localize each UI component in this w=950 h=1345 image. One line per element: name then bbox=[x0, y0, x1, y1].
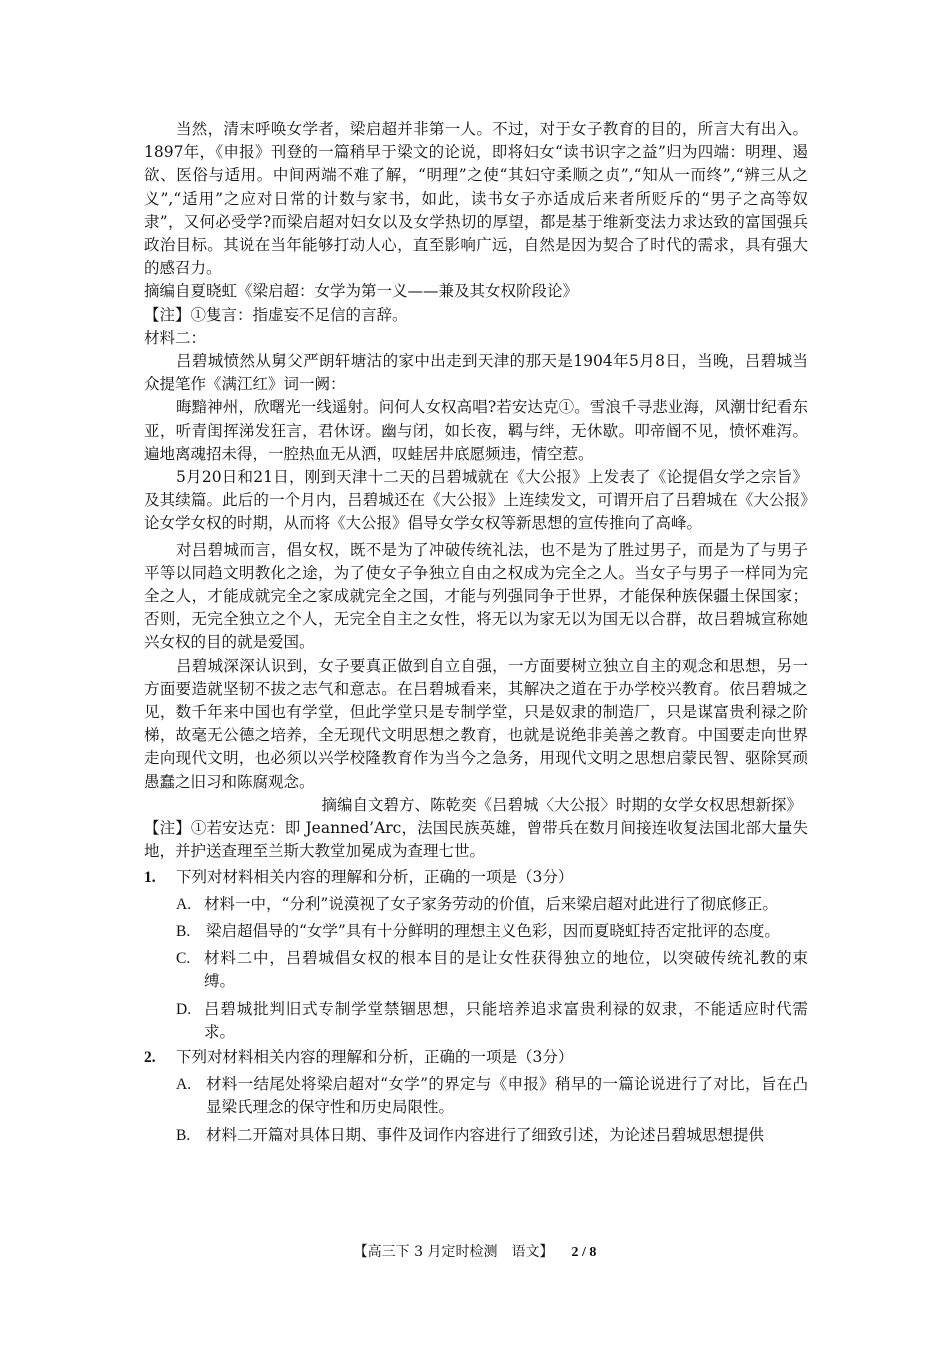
option-key: A. bbox=[176, 1073, 191, 1096]
option-text: 材料二开篇对具体日期、事件及词作内容进行了细致引述，为论述吕碧城思想提供 bbox=[206, 1126, 764, 1144]
option-key: B. bbox=[176, 920, 190, 943]
option-text: 吕碧城批判旧式专制学堂禁锢思想，只能培养追求富贵利禄的奴隶，不能适应时代需求。 bbox=[204, 1000, 808, 1041]
exam-page-body: 当然，清末呼唤女学者，梁启超并非第一人。不过，对于女子教育的目的，所言大有出入。… bbox=[144, 118, 808, 1147]
option-b: B. 材料二开篇对具体日期、事件及词作内容进行了细致引述，为论述吕碧城思想提供 bbox=[176, 1124, 808, 1147]
material-two-paragraph: 对吕碧城而言，倡女权，既不是为了冲破传统礼法，也不是为了胜过男子，而是为了与男子… bbox=[144, 539, 808, 655]
page-number: 2 / 8 bbox=[571, 1245, 596, 1260]
option-key: A. bbox=[176, 893, 191, 916]
material-two-source: 摘编自文碧方、陈乾奕《吕碧城〈大公报〉时期的女学女权思想新探》 bbox=[144, 794, 808, 817]
option-a: A. 材料一中，“分利”说漠视了女子家务劳动的价值，后来梁启超对此进行了彻底修正… bbox=[176, 893, 808, 916]
question-stem: 下列对材料相关内容的理解和分析，正确的一项是（3分） bbox=[176, 866, 808, 889]
material-one-note: 【注】①隻言：指虚妄不足信的言辞。 bbox=[144, 304, 808, 327]
option-text: 材料二中，吕碧城倡女权的根本目的是让女性获得独立的地位，以突破传统礼教的束缚。 bbox=[204, 949, 808, 990]
option-key: D. bbox=[176, 998, 191, 1021]
material-two-paragraph: 5月20日和21日，刚到天津十二天的吕碧城就在《大公报》上发表了《论提倡女学之宗… bbox=[144, 466, 808, 536]
question-number: 2. bbox=[144, 1046, 156, 1069]
material-two-poem: 晦黯神州，欣曙光一线遥射。问何人女权高唱?若安达克①。雪浪千寻悲业海，风潮廿纪看… bbox=[144, 396, 808, 466]
option-key: B. bbox=[176, 1124, 190, 1147]
exam-title: 【高三下 3 月定时检测 语文】 bbox=[354, 1244, 554, 1260]
material-two-heading: 材料二： bbox=[144, 327, 808, 350]
material-two-paragraph: 吕碧城深深认识到，女子要真正做到自立自强，一方面要树立独立自主的观念和思想，另一… bbox=[144, 655, 808, 794]
question-2: 2. 下列对材料相关内容的理解和分析，正确的一项是（3分） A. 材料一结尾处将… bbox=[144, 1046, 808, 1147]
question-stem: 下列对材料相关内容的理解和分析，正确的一项是（3分） bbox=[176, 1046, 808, 1069]
option-key: C. bbox=[176, 947, 190, 970]
material-one-closing-paragraph: 当然，清末呼唤女学者，梁启超并非第一人。不过，对于女子教育的目的，所言大有出入。… bbox=[144, 118, 808, 280]
option-text: 梁启超倡导的“女学”具有十分鲜明的理想主义色彩，因而夏晓虹持否定批评的态度。 bbox=[206, 922, 780, 940]
question-1: 1. 下列对材料相关内容的理解和分析，正确的一项是（3分） A. 材料一中，“分… bbox=[144, 866, 808, 1044]
option-text: 材料一中，“分利”说漠视了女子家务劳动的价值，后来梁启超对此进行了彻底修正。 bbox=[204, 895, 778, 913]
material-two-paragraph: 吕碧城愤然从舅父严朗轩塘沽的家中出走到天津的那天是1904年5月8日，当晚，吕碧… bbox=[144, 350, 808, 396]
page-footer: 【高三下 3 月定时检测 语文】2 / 8 bbox=[0, 1241, 950, 1261]
option-c: C. 材料二中，吕碧城倡女权的根本目的是让女性获得独立的地位，以突破传统礼教的束… bbox=[176, 947, 808, 993]
option-b: B. 梁启超倡导的“女学”具有十分鲜明的理想主义色彩，因而夏晓虹持否定批评的态度… bbox=[176, 920, 808, 943]
material-two-note: 【注】①若安达克：即 Jeanned’Arc，法国民族英雄，曾带兵在数月间接连收… bbox=[144, 817, 808, 863]
option-d: D. 吕碧城批判旧式专制学堂禁锢思想，只能培养追求富贵利禄的奴隶，不能适应时代需… bbox=[176, 998, 808, 1044]
option-text: 材料一结尾处将梁启超对“女学”的界定与《申报》稍早的一篇论说进行了对比，旨在凸显… bbox=[206, 1075, 808, 1116]
option-a: A. 材料一结尾处将梁启超对“女学”的界定与《申报》稍早的一篇论说进行了对比，旨… bbox=[176, 1073, 808, 1119]
question-number: 1. bbox=[144, 866, 156, 889]
material-one-source: 摘编自夏晓虹《梁启超：女学为第一义——兼及其女权阶段论》 bbox=[144, 280, 808, 303]
